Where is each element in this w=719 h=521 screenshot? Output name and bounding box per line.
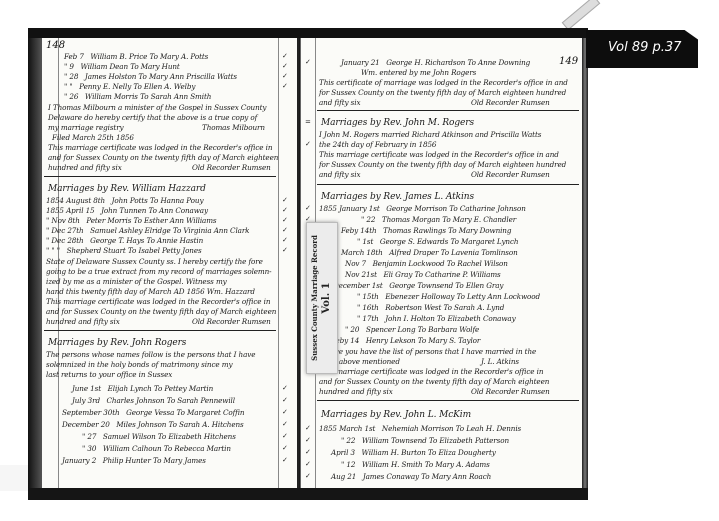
- check-mark-icon: ✓: [282, 196, 288, 204]
- entry-row: " 9 William Dean To Mary Hunt: [64, 62, 297, 71]
- entry-row: " 15th Ebenezer Holloway To Letty Ann Lo…: [357, 292, 583, 301]
- recorder-text: and for Sussex County on the twenty fift…: [319, 377, 583, 386]
- check-mark-icon: ✓: [282, 384, 288, 392]
- recorder-text: This marriage certificate was lodged in …: [319, 367, 583, 376]
- recorder-text: This certificate of marriage was lodged …: [319, 78, 583, 87]
- recorder-text: for Sussex County on the twenty fifth da…: [319, 88, 583, 97]
- entry-row: " 20 Spencer Long To Barbara Wolfe: [345, 325, 583, 334]
- section-heading: Marriages by Rev. John M. Rogers: [321, 118, 583, 128]
- section-divider: [317, 110, 579, 111]
- signature: Old Recorder Rumsen: [192, 163, 297, 172]
- entry-row: Feb 7 William B. Price To Mary A. Potts: [64, 52, 297, 61]
- volume-tab: Vol 89 p.37: [586, 30, 698, 68]
- entry-row: 1855 April 15 John Tunnen To Ann Conaway: [46, 206, 297, 215]
- recorder-text: for Sussex County on the twenty fifth da…: [319, 160, 583, 169]
- entry-row: March 18th Alfred Draper To Lavenia Toml…: [341, 248, 583, 257]
- section-heading: Marriages by Rev. William Hazzard: [48, 184, 297, 194]
- section-heading: Marriages by Rev. John Rogers: [48, 338, 297, 348]
- intro-text: last returns to your office in Sussex: [46, 370, 297, 379]
- paper-clip: [562, 0, 601, 30]
- check-mark-icon: ✓: [282, 52, 288, 60]
- spine-label-volume: Vol. 1: [320, 235, 334, 361]
- signature: Thomas Milbourn: [202, 123, 297, 132]
- left-page: 148 Feb 7 William B. Price To Mary A. Po…: [42, 38, 299, 488]
- check-mark-icon: ✓: [305, 448, 311, 456]
- entry-row: " Dec 27th Samuel Ashley Elridge To Virg…: [46, 226, 297, 235]
- intro-text: The persons whose names follow is the pe…: [46, 350, 297, 359]
- entry-row: 1855 January 1st George Morrison To Cath…: [319, 204, 583, 213]
- entry-row: " 22 Thomas Morgan To Mary E. Chandler: [361, 215, 583, 224]
- recorder-text: and for Sussex County on the twenty fift…: [48, 153, 297, 162]
- check-mark-icon: ✓: [305, 204, 311, 212]
- certificate-text: the 24th day of February in 1856: [319, 140, 583, 149]
- certificate-text: Filed March 25th 1856: [52, 133, 297, 142]
- entry-row: July 3rd Charles Johnson To Sarah Pennew…: [72, 396, 297, 405]
- certificate-text: I Thomas Milbourn a minister of the Gosp…: [48, 103, 297, 112]
- entry-row: " Dec 28th George T. Hays To Annie Hasti…: [46, 236, 297, 245]
- recorder-text: and for Sussex County on the twenty fift…: [46, 307, 297, 316]
- left-binding-edge: [28, 28, 42, 498]
- check-mark-icon: ✓: [305, 472, 311, 480]
- entry-row: December 1st George Townsend To Ellen Gr…: [333, 281, 583, 290]
- entry-row: Aug 21 James Conaway To Mary Ann Roach: [331, 472, 583, 481]
- check-mark-icon: ✓: [282, 456, 288, 464]
- entry-row: " 22 William Townsend To Elizabeth Patte…: [341, 436, 583, 445]
- check-mark-icon: ✓: [282, 444, 288, 452]
- check-mark-icon: ✓: [282, 432, 288, 440]
- entry-row: April 3 William H. Burton To Eliza Dough…: [331, 448, 583, 457]
- entry-row: Feby 14th Thomas Rawlings To Mary Downin…: [341, 226, 583, 235]
- signature: Old Recorder Rumsen: [471, 98, 583, 107]
- entry-row: " 30 William Calhoun To Rebecca Martin: [82, 444, 297, 453]
- certificate-text: going to be a true extract from my recor…: [46, 267, 297, 276]
- spine-label-title: Sussex County Marriage Record: [310, 235, 319, 361]
- entry-row: 1854 August 8th John Potts To Hanna Pouy: [46, 196, 297, 205]
- bottom-binding-edge: [28, 488, 588, 500]
- certificate-text: ized by me as a minister of the Gospel. …: [46, 277, 297, 286]
- entry-row: " 28 James Holston To Mary Ann Priscilla…: [64, 72, 297, 81]
- check-mark-icon: ✓: [305, 58, 311, 66]
- signature: Old Recorder Rumsen: [471, 170, 583, 179]
- check-mark-icon: ✓: [305, 140, 311, 148]
- spine-label: Sussex County Marriage Record Vol. 1: [306, 222, 338, 374]
- check-mark-icon: ✓: [282, 226, 288, 234]
- entry-row: 1855 March 1st Nehemiah Morrison To Leah…: [319, 424, 583, 433]
- entry-row: Nov 7 Benjamin Lockwood To Rachel Wilson: [345, 259, 583, 268]
- certificate-text: hand this twenty fifth day of March AD 1…: [46, 287, 297, 296]
- entry-row: " 12 William H. Smith To Mary A. Adams: [341, 460, 583, 469]
- entry-row: " Nov 8th Peter Morris To Esther Ann Wil…: [46, 216, 297, 225]
- entry-row: " 16th Robertson West To Sarah A. Lynd: [357, 303, 583, 312]
- section-divider: [44, 330, 276, 331]
- entry-row: January 2 Philip Hunter To Mary James: [62, 456, 297, 465]
- certificate-text: I John M. Rogers married Richard Atkinso…: [319, 130, 583, 139]
- entry-row: Wm. entered by me John Rogers: [361, 68, 583, 77]
- check-mark-icon: ✓: [282, 408, 288, 416]
- section-heading: Marriages by Rev. John L. McKim: [321, 410, 583, 420]
- check-mark-icon: =: [305, 118, 311, 126]
- entry-row: " 27 Samuel Wilson To Elizabeth Hitchens: [82, 432, 297, 441]
- check-mark-icon: ✓: [282, 82, 288, 90]
- check-mark-icon: ✓: [282, 72, 288, 80]
- check-mark-icon: ✓: [282, 246, 288, 254]
- certificate-text: State of Delaware Sussex County ss. I he…: [46, 257, 297, 266]
- recorder-text: This marriage certificate was lodged in …: [46, 297, 297, 306]
- recorder-text: This marriage certificate was lodged in …: [319, 150, 583, 159]
- entry-row: Feby 14 Henry Lekson To Mary S. Taylor: [331, 336, 583, 345]
- right-page-edge: [582, 38, 588, 490]
- entry-row: " 17th John I. Holton To Elizabeth Conaw…: [357, 314, 583, 323]
- check-mark-icon: ✓: [282, 62, 288, 70]
- entry-row: " " " Shepherd Stuart To Isabel Petty Jo…: [46, 246, 297, 255]
- entry-row: June 1st Elijah Lynch To Pettey Martin: [72, 384, 297, 393]
- top-binding-edge: [28, 28, 588, 38]
- certificate-text: Delaware do hereby certify that the abov…: [48, 113, 297, 122]
- entry-row: January 21 George H. Richardson To Anne …: [341, 58, 583, 67]
- entry-row: December 20 Miles Johnson To Sarah A. Hi…: [62, 420, 297, 429]
- intro-text: solemnized in the holy bonds of matrimon…: [46, 360, 297, 369]
- check-mark-icon: ✓: [305, 460, 311, 468]
- check-mark-icon: ✓: [282, 236, 288, 244]
- page-number: 148: [46, 40, 65, 51]
- section-divider: [44, 176, 276, 177]
- signature: Old Recorder Rumsen: [471, 387, 583, 396]
- check-mark-icon: ✓: [305, 424, 311, 432]
- recorder-text: This marriage certificate was lodged in …: [48, 143, 297, 152]
- signature: Old Recorder Rumsen: [192, 317, 297, 326]
- entry-row: " 26 William Morris To Sarah Ann Smith: [64, 92, 297, 101]
- entry-row: September 30th George Vessa To Margaret …: [62, 408, 297, 417]
- entry-row: Nov 21st Eli Gray To Catharine P. Willia…: [345, 270, 583, 279]
- volume-tab-label: Vol 89 p.37: [608, 40, 681, 55]
- certificate-text: Above you have the list of persons that …: [321, 347, 583, 356]
- check-mark-icon: ✓: [282, 396, 288, 404]
- entry-row: " 1st George S. Edwards To Margaret Lync…: [357, 237, 583, 246]
- section-divider: [317, 400, 579, 401]
- right-page: 149 January 21 George H. Richardson To A…: [300, 38, 583, 488]
- section-divider: [317, 184, 579, 185]
- section-heading: Marriages by Rev. James L. Atkins: [321, 192, 583, 202]
- entry-row: " " Penny E. Nelly To Ellen A. Welby: [64, 82, 297, 91]
- check-mark-icon: ✓: [305, 436, 311, 444]
- check-mark-icon: ✓: [282, 420, 288, 428]
- check-mark-icon: ✓: [282, 216, 288, 224]
- signature: J. L. Atkins: [481, 357, 583, 366]
- check-mark-icon: ✓: [282, 206, 288, 214]
